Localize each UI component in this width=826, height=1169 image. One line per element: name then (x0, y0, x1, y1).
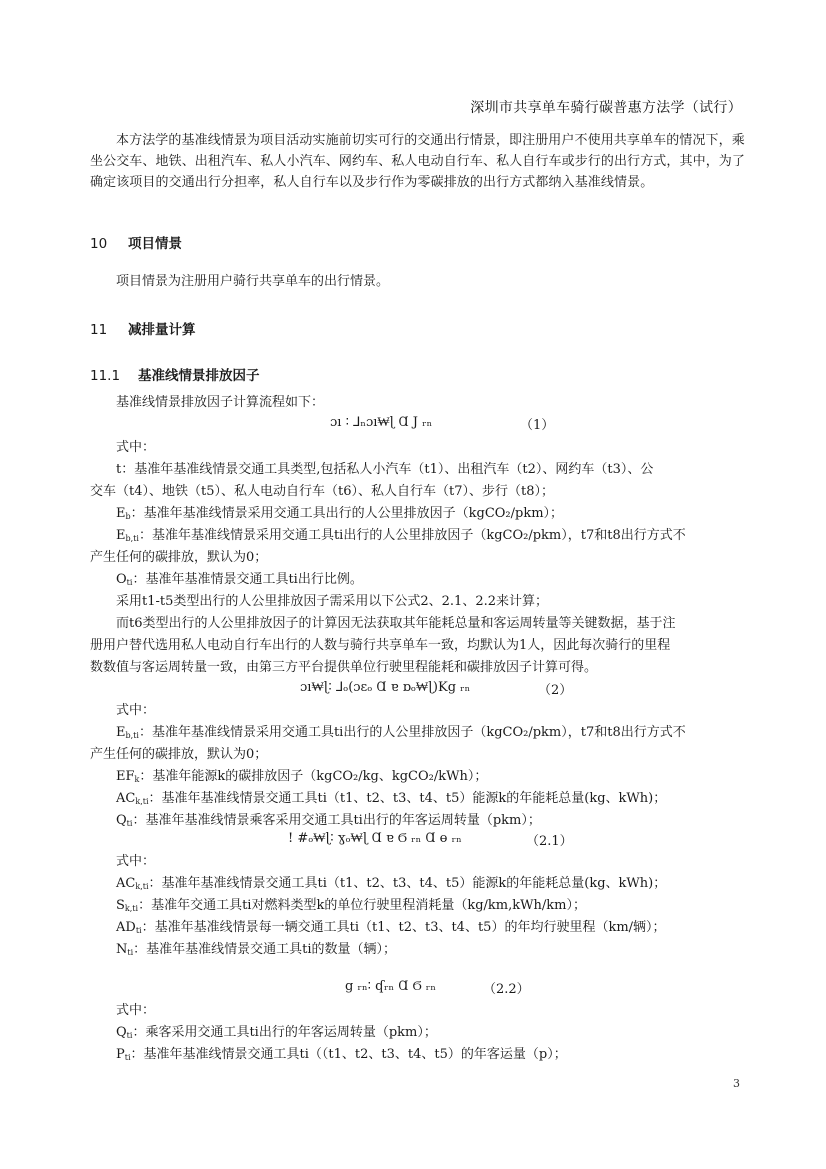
formula-expression: ! #ₒ₩ɭ∶ ɣₒ₩ɭ Ɑ ɐ Ϭ ᵣₙ Ɑ ɵ ᵣₙ (288, 831, 462, 846)
para-t1-t5: 采用t1-t5类型出行的人公里排放因子需采用以下公式2、2.1、2.2来计算； (116, 591, 776, 612)
page-number: 3 (733, 1077, 740, 1090)
definition-text: ：基准年基准线情景每一辆交通工具ti（t1、t2、t3、t4、t5）的年均行驶里… (142, 920, 666, 935)
def3-adti: ADti：基准年基准线情景每一辆交通工具ti（t1、t2、t3、t4、t5）的年… (116, 917, 776, 941)
symbol: N (116, 942, 127, 957)
definition-text: ：基准年基准线情景采用交通工具出行的人公里排放因子（kgCO₂/pkm）； (131, 506, 563, 521)
where-label-3: 式中： (116, 851, 776, 872)
symbol-subscript: k,ti (125, 904, 138, 913)
definition-text: ：基准年交通工具ti对燃料类型k的单位行驶里程消耗量（kg/km,kWh/km）… (138, 898, 586, 913)
formula-1: ɔı ∶ ⅃ₙɔı₩ɭ Ɑ J ᵣₙ （1） (330, 414, 570, 430)
def2-ebti: Eb,ti：基准年基准线情景采用交通工具ti出行的人公里排放因子（kgCO₂/p… (116, 722, 776, 746)
section-heading-11-1: 11.1基准线情景排放因子 (90, 364, 260, 384)
para-t6-line1: 而t6类型出行的人公里排放因子的计算因无法获取其年能耗总量和客运周转量等关键数据… (116, 613, 776, 634)
formula-2: ɔı₩ɭ∶ ⅃ₒ(ɔɛₒ Ɑ ɐ ɒₒ₩ɭ)Kg ᵣₙ （2） (300, 679, 590, 695)
where-label-2: 式中： (116, 700, 776, 721)
def-ebti-cont: 产生任何的碳排放，默认为0； (90, 547, 750, 568)
para-t6-line2: 册用户替代选用私人电动自行车出行的人数与骑行共享单车一致，均默认为1人，因此每次… (90, 635, 750, 656)
equation-number: （2） (538, 679, 572, 698)
calc-intro: 基准线情景排放因子计算流程如下： (116, 392, 776, 413)
def-ebti: Eb,ti：基准年基准线情景采用交通工具ti出行的人公里排放因子（kgCO₂/p… (116, 525, 776, 549)
def-eb: Eb：基准年基准线情景采用交通工具出行的人公里排放因子（kgCO₂/pkm）； (116, 503, 776, 527)
equation-number: （2.2） (483, 978, 530, 997)
symbol-subscript: b,ti (126, 534, 139, 543)
document-page: 深圳市共享单车骑行碳普惠方法学（试行） 本方法学的基准线情景为项目活动实施前切实… (0, 0, 826, 1169)
symbol: Q (116, 813, 127, 828)
where-label-4: 式中： (116, 1000, 776, 1021)
def2-efk: EFk：基准年能源k的碳排放因子（kgCO₂/kg、kgCO₂/kWh）； (116, 766, 776, 790)
symbol: Q (116, 1025, 127, 1040)
def4-qti: Qti：乘客采用交通工具ti出行的年客运周转量（pkm）； (116, 1022, 776, 1046)
def3-nti: Nti：基准年基准线情景交通工具ti的数量（辆）； (116, 939, 776, 963)
para-t6-line3: 数数值与客运周转量一致，由第三方平台提供单位行驶里程能耗和碳排放因子计算可得。 (90, 657, 750, 678)
definition-text: ：乘客采用交通工具ti出行的年客运周转量（pkm）； (132, 1025, 436, 1040)
section-number: 11.1 (90, 368, 138, 384)
definition-text: ：基准年基准线情景交通工具ti（（t1、t2、t3、t4、t5）的年客运量（p）… (131, 1047, 567, 1062)
definition-text: ：基准年基准线情景采用交通工具ti出行的人公里排放因子（kgCO₂/pkm），t… (139, 725, 686, 740)
def-oti: Oti：基准年基准情景交通工具ti出行比例。 (116, 569, 776, 593)
formula-expression: ɔı ∶ ⅃ₙɔı₩ɭ Ɑ J ᵣₙ (330, 415, 432, 430)
definition-text: ：基准年基准线情景交通工具ti（t1、t2、t3、t4、t5）能源k的年能耗总量… (149, 791, 667, 806)
section-title: 基准线情景排放因子 (138, 368, 260, 384)
symbol: EF (116, 769, 135, 784)
formula-expression: ց ᵣₙ∶ ʠᵣₙ Ɑ Ϭ ᵣₙ (345, 979, 436, 994)
def4-pti: Pti：基准年基准线情景交通工具ti（（t1、t2、t3、t4、t5）的年客运量… (116, 1044, 776, 1068)
def3-ackti: ACk,ti：基准年基准线情景交通工具ti（t1、t2、t3、t4、t5）能源k… (116, 873, 776, 897)
project-scenario-body: 项目情景为注册用户骑行共享单车的出行情景。 (116, 271, 776, 292)
symbol-subscript: b,ti (126, 731, 139, 740)
section-title: 减排量计算 (128, 322, 196, 338)
equation-number: （2.1） (526, 830, 573, 849)
section-number: 11 (90, 322, 128, 338)
formula-expression: ɔı₩ɭ∶ ⅃ₒ(ɔɛₒ Ɑ ɐ ɒₒ₩ɭ)Kg ᵣₙ (300, 680, 470, 695)
definition-text: ：基准年基准线情景交通工具ti（t1、t2、t3、t4、t5）能源k的年能耗总量… (149, 876, 667, 891)
formula-2-2: ց ᵣₙ∶ ʠᵣₙ Ɑ Ϭ ᵣₙ （2.2） (345, 978, 575, 994)
def2-ackti: ACk,ti：基准年基准线情景交通工具ti（t1、t2、t3、t4、t5）能源k… (116, 788, 776, 812)
def2-ebti-cont: 产生任何的碳排放，默认为0； (90, 744, 750, 765)
symbol: O (116, 572, 127, 587)
def3-skti: Sk,ti：基准年交通工具ti对燃料类型k的单位行驶里程消耗量（kg/km,kW… (116, 895, 776, 919)
symbol: E (116, 528, 126, 543)
definition-text: ：基准年基准线情景交通工具ti的数量（辆）； (133, 942, 396, 957)
symbol-subscript: k,ti (135, 797, 148, 806)
symbol-subscript: k,ti (135, 882, 148, 891)
section-heading-11: 11减排量计算 (90, 318, 196, 338)
symbol: AC (116, 876, 135, 891)
definition-text: ：基准年基准情景交通工具ti出行比例。 (132, 572, 362, 587)
symbol: S (116, 898, 125, 913)
running-header: 深圳市共享单车骑行碳普惠方法学（试行） (470, 97, 742, 117)
section-number: 10 (90, 236, 128, 252)
symbol: AC (116, 791, 135, 806)
symbol: E (116, 725, 126, 740)
symbol: AD (116, 920, 136, 935)
intro-paragraph: 本方法学的基准线情景为项目活动实施前切实可行的交通出行情景，即注册用户不使用共享… (90, 130, 750, 193)
symbol: P (116, 1047, 125, 1062)
symbol: E (116, 506, 126, 521)
definition-text: ：基准年基准线情景采用交通工具ti出行的人公里排放因子（kgCO₂/pkm），t… (139, 528, 686, 543)
def-t-line2: 交车（t4）、地铁（t5）、私人电动自行车（t6）、私人自行车（t7）、步行（t… (90, 481, 750, 502)
where-label: 式中： (116, 437, 776, 458)
definition-text: ：基准年能源k的碳排放因子（kgCO₂/kg、kgCO₂/kWh）； (139, 769, 487, 784)
def-t-line1: t：基准年基准线情景交通工具类型,包括私人小汽车（t1）、出租汽车（t2）、网约… (116, 459, 776, 480)
formula-2-1: ! #ₒ₩ɭ∶ ɣₒ₩ɭ Ɑ ɐ Ϭ ᵣₙ Ɑ ɵ ᵣₙ （2.1） (288, 830, 588, 846)
section-heading-10: 10项目情景 (90, 232, 182, 252)
definition-text: ：基准年基准线情景乘客采用交通工具ti出行的年客运周转量（pkm）； (132, 813, 540, 828)
section-title: 项目情景 (128, 236, 182, 252)
equation-number: （1） (520, 414, 554, 433)
